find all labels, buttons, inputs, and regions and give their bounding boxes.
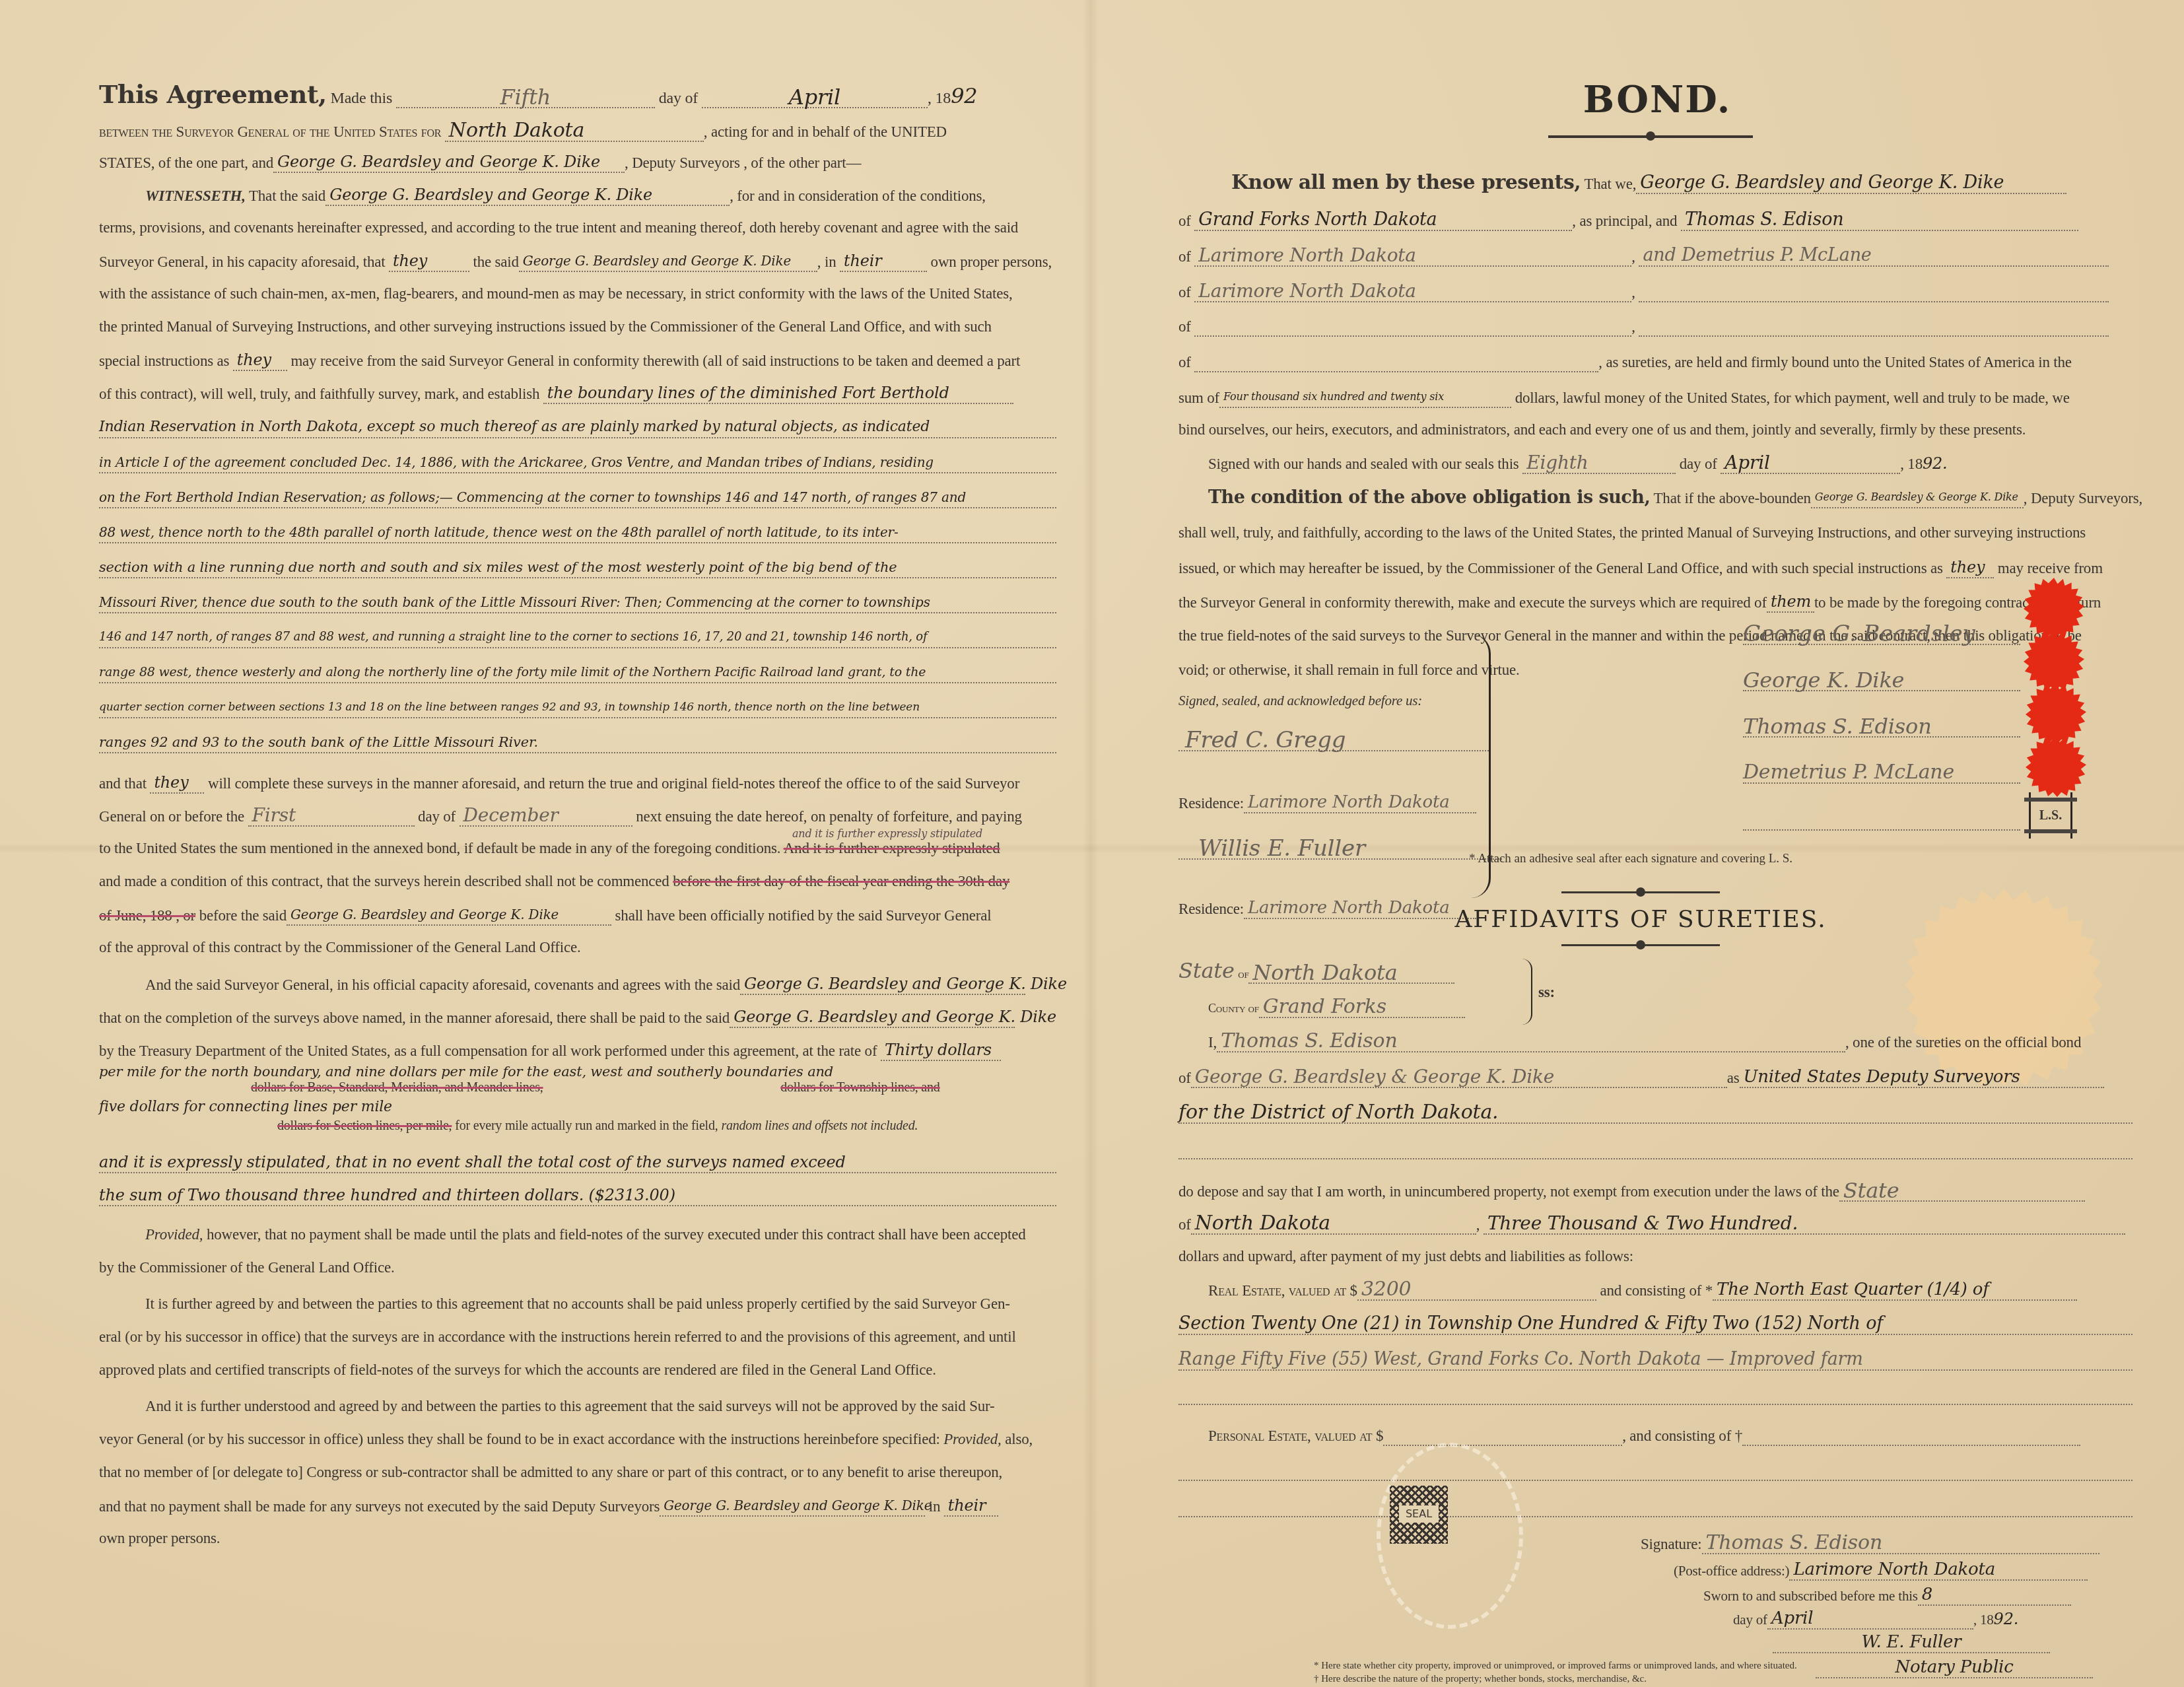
- text: of: [1178, 284, 1191, 300]
- text: , and: [1649, 213, 1678, 229]
- footnote-2: † Here describe the nature of the proper…: [1314, 1674, 1647, 1685]
- affidavit-state-field: North Dakota: [1248, 963, 1454, 984]
- text-line: dollars and upward, after payment of my …: [1178, 1247, 1633, 1266]
- text-line: bind ourselves, our heirs, executors, an…: [1178, 420, 2026, 440]
- ss-bracket: [1522, 959, 1532, 1025]
- sworn-month-line: day ofApril, 1892.: [1733, 1608, 2018, 1630]
- text-line: the Surveyor General in conformity there…: [1178, 592, 2101, 613]
- text: I,: [1208, 1034, 1217, 1050]
- depose-line: do depose and say that I am worth, in un…: [1178, 1181, 2085, 1202]
- as-capacity-field: United States Deputy Surveyors: [1740, 1067, 2104, 1088]
- real-estate-desc-field: The North East Quarter (1/4) of: [1713, 1280, 2077, 1301]
- text: That if the above-bounden: [1653, 490, 1810, 506]
- seal-label: SEAL: [1399, 1505, 1439, 1523]
- principals-field: George G. Beardsley and George K. Dike: [1636, 173, 2066, 194]
- blank-line: [1178, 1141, 2133, 1159]
- ornament-divider: [1561, 944, 1720, 946]
- of-state-field: North Dakota: [1191, 1214, 1476, 1235]
- know-all-men-line: Know all men by these presents, That we,…: [1231, 173, 2066, 194]
- county-line: County ofGrand Forks: [1208, 997, 1465, 1018]
- blank-field: [1639, 284, 2109, 302]
- blank-line: [1178, 1499, 2133, 1517]
- text: the Surveyor General in conformity there…: [1178, 594, 1767, 611]
- po-address-line: (Post-office address:)Larimore North Dak…: [1674, 1560, 2088, 1581]
- text: , as sureties, are held and firmly bound…: [1598, 354, 2071, 370]
- they-field: they: [1946, 557, 1994, 578]
- text: day of: [1680, 456, 1717, 472]
- personal-estate-label: Personal Estate, valued at $: [1208, 1428, 1383, 1444]
- text: of: [1178, 1216, 1191, 1233]
- text-line: issued, or which may hereafter be issued…: [1178, 557, 2103, 578]
- real-estate-desc-line: Section Twenty One (21) in Township One …: [1178, 1314, 2133, 1335]
- bond-signature-beardsley: George G. Beardsley: [1743, 624, 2020, 645]
- worth-line: ofNorth Dakota, Three Thousand & Two Hun…: [1178, 1214, 2125, 1235]
- text: of: [1178, 354, 1191, 370]
- sum-line: sum ofFour thousand six hundred and twen…: [1178, 387, 2070, 408]
- text: Sworn to and subscribed before me this: [1703, 1588, 1918, 1604]
- text: of: [1178, 248, 1191, 265]
- text: That we,: [1584, 176, 1636, 192]
- condition-heading: The condition of the above obligation is…: [1208, 487, 1650, 508]
- condition-line: The condition of the above obligation is…: [1208, 487, 2142, 508]
- bond-witness-1-residence: Residence:Larimore North Dakota: [1178, 792, 1476, 813]
- text: , Deputy Surveyors,: [2024, 490, 2142, 506]
- text: of: [1178, 213, 1191, 229]
- residence-label: Residence:: [1178, 901, 1244, 917]
- affiant-field: Thomas S. Edison: [1217, 1031, 1845, 1052]
- text: of: [1178, 318, 1191, 335]
- ornament-divider: [1561, 891, 1720, 893]
- principal-residence-field: Grand Forks North Dakota: [1194, 210, 1572, 231]
- depose-state-field: State: [1839, 1181, 2085, 1202]
- surety-2-residence-line: of Larimore North Dakota,: [1178, 281, 2109, 302]
- affiant-line: I,Thomas S. Edison, one of the sureties …: [1208, 1031, 2081, 1052]
- signature-label: Signature:: [1641, 1536, 1702, 1552]
- bond-signature-mclane: Demetrius P. McLane: [1743, 763, 2020, 784]
- text: and consisting of *: [1600, 1282, 1713, 1299]
- residence-label: Residence:: [1178, 795, 1244, 811]
- them-field: them: [1767, 592, 1814, 613]
- seal-stamp-icon: SEAL: [1390, 1486, 1448, 1544]
- bond-witness-1-signature: Fred C. Gregg: [1178, 730, 1489, 751]
- sworn-day-field: 8: [1918, 1585, 2071, 1606]
- county-field: Grand Forks: [1259, 997, 1465, 1018]
- text: may receive from: [1998, 560, 2103, 576]
- ornament-divider: [1548, 135, 1753, 138]
- county-label: County of: [1208, 1002, 1259, 1015]
- know-heading: Know all men by these presents,: [1231, 171, 1581, 194]
- surety-2-residence-field: Larimore North Dakota: [1194, 281, 1631, 302]
- signed-sealed-label: Signed, sealed, and acknowledged before …: [1178, 691, 1422, 710]
- text: , as principal: [1572, 213, 1648, 229]
- ls-bar: [2024, 798, 2077, 802]
- text: , 18: [1973, 1612, 1994, 1628]
- bond-signature-blank: [1743, 812, 2020, 831]
- notary-signature: W. E. Fuller: [1773, 1632, 2050, 1653]
- text: as: [1727, 1070, 1740, 1086]
- bond-month-field: April: [1721, 453, 1900, 474]
- bond-day-field: Eighth: [1522, 453, 1676, 474]
- bond-of-field: George G. Beardsley & George K. Dike: [1191, 1067, 1727, 1088]
- testimony-section: [99, 1538, 1056, 1687]
- bond-witness-2-signature: Willis E. Fuller: [1178, 839, 1502, 860]
- text: of: [1238, 967, 1248, 981]
- notary-title: Notary Public: [1816, 1657, 2093, 1678]
- blank-field: [1194, 318, 1631, 337]
- surety-1-field: Thomas S. Edison: [1681, 210, 2078, 231]
- bond-signature-edison: Thomas S. Edison: [1743, 716, 2020, 738]
- blank-field: [1639, 318, 2109, 337]
- po-address-field: Larimore North Dakota: [1789, 1560, 2088, 1581]
- text-line: shall well, truly, and faithfully, accor…: [1178, 523, 2086, 543]
- sworn-month-field: April: [1767, 1608, 1973, 1630]
- affidavit-signature-field: Thomas S. Edison: [1702, 1533, 2099, 1554]
- bond-year-field: 92.: [1923, 454, 1948, 473]
- bond-of-line: ofGeorge G. Beardsley & George K. Dikeas…: [1178, 1067, 2104, 1088]
- text: dollars, lawful money of the United Stat…: [1515, 390, 2070, 406]
- bond-sum-field: Four thousand six hundred and twenty six: [1219, 387, 1511, 408]
- ls-bar: [2024, 829, 2077, 833]
- sworn-line: Sworn to and subscribed before me this8: [1703, 1585, 2071, 1606]
- real-estate-value-field: 3200: [1357, 1280, 1596, 1301]
- text: sum of: [1178, 390, 1219, 406]
- sworn-year-field: 92.: [1994, 1610, 2019, 1628]
- sureties-line: of , as sureties, are held and firmly bo…: [1178, 353, 2072, 372]
- principal-residence-line: of Grand Forks North Dakota, as principa…: [1178, 210, 2078, 231]
- text: do depose and say that I am worth, in un…: [1178, 1183, 1839, 1200]
- text: issued, or which may hereafter be issued…: [1178, 560, 1943, 576]
- state-handwritten: State: [1178, 958, 1235, 983]
- text: of: [1178, 1070, 1191, 1086]
- text: , 18: [1900, 456, 1923, 472]
- district-field: for the District of North Dakota.: [1178, 1103, 2133, 1124]
- blank-surety-line: of ,: [1178, 317, 2109, 337]
- text: , and consisting of †: [1622, 1428, 1742, 1444]
- residence-field: Larimore North Dakota: [1244, 792, 1476, 813]
- surety-1-residence-field: Larimore North Dakota: [1194, 246, 1631, 267]
- ls-seal-box: L.S.: [2029, 792, 2072, 839]
- personal-desc-field: [1742, 1428, 2080, 1446]
- state-line: State ofNorth Dakota: [1178, 961, 1454, 984]
- parties-field: George G. Beardsley & George K. Dike: [1811, 487, 2024, 508]
- worth-amount-field: Three Thousand & Two Hundred.: [1484, 1214, 2125, 1235]
- signed-date-line: Signed with our hands and sealed with ou…: [1208, 453, 1948, 474]
- affidavit-signature-line: Signature:Thomas S. Edison: [1641, 1533, 2099, 1554]
- affidavit-title: AFFIDAVITS OF SURETIES.: [1278, 906, 2004, 933]
- real-estate-label: Real Estate, valued at $: [1208, 1282, 1357, 1299]
- footnote-1: * Here state whether city property, impr…: [1314, 1661, 1797, 1672]
- surety-1-residence-line: of Larimore North Dakota, and Demetrius …: [1178, 246, 2109, 267]
- real-estate-desc-line: Range Fifty Five (55) West, Grand Forks …: [1178, 1350, 2133, 1371]
- ss-label: ss:: [1538, 982, 1555, 1002]
- text: day of: [1733, 1612, 1767, 1628]
- bond-signature-dike: George K. Dike: [1743, 670, 2020, 691]
- blank-line: [1178, 1463, 2133, 1481]
- text: , one of the sureties on the official bo…: [1845, 1034, 2081, 1050]
- blank-field: [1194, 354, 1598, 372]
- blank-line: [1178, 1387, 2133, 1405]
- text: Signed with our hands and sealed with ou…: [1208, 456, 1519, 472]
- seal-note: * Attach an adhesive seal after each sig…: [1469, 852, 1792, 866]
- po-address-label: (Post-office address:): [1674, 1563, 1789, 1579]
- personal-estate-line: Personal Estate, valued at $, and consis…: [1208, 1426, 2080, 1446]
- personal-value-field: [1383, 1428, 1622, 1446]
- bond-title: BOND.: [1294, 78, 2020, 121]
- real-estate-line: Real Estate, valued at $3200 and consist…: [1208, 1280, 2077, 1301]
- ls-label: L.S.: [2031, 808, 2070, 823]
- surety-2-field: and Demetrius P. McLane: [1639, 246, 2109, 267]
- agreement-signature-area: [99, 0, 1056, 1687]
